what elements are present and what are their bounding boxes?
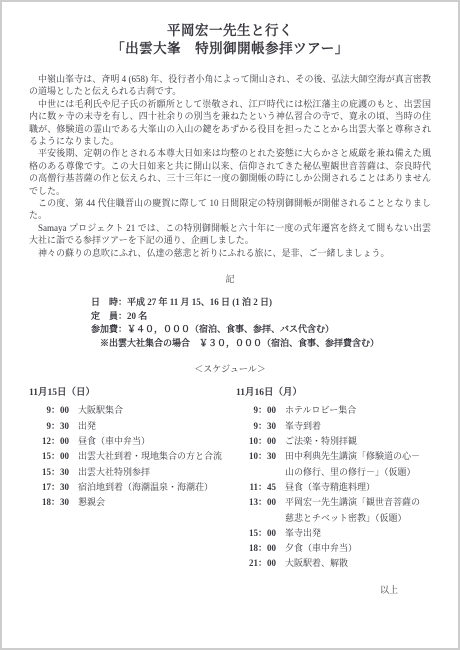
schedule-row: 9：30 出発 xyxy=(29,419,230,434)
detail-value: 平成 27 年 11 月 15、16 日 (1 泊 2 日) xyxy=(127,296,272,310)
schedule-row: 21：00 大阪駅着、解散 xyxy=(236,556,431,571)
title-line-1: 平岡宏一先生と行く xyxy=(29,22,431,40)
detail-row-datetime: 日 時： 平成 27 年 11 月 15、16 日 (1 泊 2 日) xyxy=(91,296,431,310)
record-heading: 記 xyxy=(29,273,431,285)
schedule-text: 昼食（峯寺精進料理） xyxy=(285,480,375,495)
schedule-time: 9：00 xyxy=(29,403,69,418)
detail-value: 20 名 xyxy=(127,310,147,324)
paragraph: 神々の蘇りの息吹にふれ、仏達の慈悲と祈りにふれる旅に、是非、ご一緒しましょう。 xyxy=(29,247,431,259)
schedule-time: 17：30 xyxy=(29,480,69,495)
paragraph: この度、第 44 代住職晋山の慶賀に際して 10 日間限定の特別御開帳が開催され… xyxy=(29,197,431,222)
schedule-row: 9：30 峯寺到着 xyxy=(236,419,431,434)
detail-value: ￥４０，０００（宿泊、食事、参拝、バス代含む） xyxy=(127,323,334,337)
schedule-text: 峯寺出発 xyxy=(285,526,321,541)
schedule-time: 9：30 xyxy=(236,419,276,434)
schedule-text: 昼食（車中弁当） xyxy=(78,434,150,449)
schedule-time: 12：00 xyxy=(29,434,69,449)
detail-note: ※出雲大社集合の場合 ￥３０，０００（宿泊、食事、参拝費含む） xyxy=(100,337,431,351)
paragraph: Samaya プロジェクト 21 では、この特別御開帳と六十年に一度の式年遷宮を… xyxy=(29,222,431,247)
schedule-text-continuation: 慈悲とチベット密教」（仮題） xyxy=(236,511,431,526)
tour-details: 日 時： 平成 27 年 11 月 15、16 日 (1 泊 2 日) 定 員：… xyxy=(91,296,431,350)
schedule-time: 15：00 xyxy=(29,449,69,464)
document-content: 平岡宏一先生と行く 「出雲大峯 特別御開帳参拝ツアー」 中嶺山峯寺は、斉明 4 … xyxy=(2,2,458,572)
schedule-text: 懇親会 xyxy=(78,495,105,510)
schedule-text: 平岡宏一先生講演「観世音菩薩の xyxy=(285,495,420,510)
schedule-row: 12：00 昼食（車中弁当） xyxy=(29,434,230,449)
schedule-text: 峯寺到着 xyxy=(285,419,321,434)
schedule-row: 18：30 懇親会 xyxy=(29,495,230,510)
schedule-row: 11：45 昼食（峯寺精進料理） xyxy=(236,480,431,495)
schedule-row: 10：00 ご法楽・特別拝観 xyxy=(236,434,431,449)
day2-date: 11月16日（月） xyxy=(236,386,431,400)
paragraph: 平安後期、定朝の作とされる本尊大日如来は均整のとれた姿態に大らかさと威厳を兼ね備… xyxy=(29,147,431,197)
closing-label: 以上 xyxy=(380,583,398,596)
schedule-text: 田中利典先生講演「修験道の心－ xyxy=(285,449,420,464)
document-page: 平岡宏一先生と行く 「出雲大峯 特別御開帳参拝ツアー」 中嶺山峯寺は、斉明 4 … xyxy=(0,0,460,650)
schedule-text: 出雲大社特別参拝 xyxy=(78,465,150,480)
schedule-text: 大阪駅集合 xyxy=(78,403,123,418)
schedule-time: 10：00 xyxy=(236,434,276,449)
schedule-time: 9：30 xyxy=(29,419,69,434)
schedule-text-continuation: 山の修行、里の修行－」（仮題） xyxy=(236,465,431,480)
detail-row-capacity: 定 員： 20 名 xyxy=(91,310,431,324)
schedule-row: 10：30 田中利典先生講演「修験道の心－ xyxy=(236,449,431,464)
schedule-row: 15：00 峯寺出発 xyxy=(236,526,431,541)
schedule-time: 11：45 xyxy=(236,480,276,495)
schedule-row: 15：30 出雲大社特別参拝 xyxy=(29,465,230,480)
document-title: 平岡宏一先生と行く 「出雲大峯 特別御開帳参拝ツアー」 xyxy=(29,22,431,58)
schedule-time: 10：30 xyxy=(236,449,276,464)
schedule-row: 18：00 夕食（車中弁当） xyxy=(236,541,431,556)
schedule-time: 18：00 xyxy=(236,541,276,556)
schedule-time: 21：00 xyxy=(236,556,276,571)
schedule: 11月15日（日） 9：00 大阪駅集合 9：30 出発 12：00 昼食（車中… xyxy=(29,386,431,571)
schedule-day1-column: 11月15日（日） 9：00 大阪駅集合 9：30 出発 12：00 昼食（車中… xyxy=(29,386,230,571)
schedule-row: 13：00 平岡宏一先生講演「観世音菩薩の xyxy=(236,495,431,510)
schedule-text: 出発 xyxy=(78,419,96,434)
schedule-text: 大阪駅着、解散 xyxy=(285,556,348,571)
schedule-text: 夕食（車中弁当） xyxy=(285,541,357,556)
intro-paragraphs: 中嶺山峯寺は、斉明 4 (658) 年、役行者小角によって開山され、その後、弘法… xyxy=(29,73,431,259)
schedule-row: 9：00 大阪駅集合 xyxy=(29,403,230,418)
detail-label: 参加費： xyxy=(91,323,127,337)
day1-date: 11月15日（日） xyxy=(29,386,230,400)
title-line-2: 「出雲大峯 特別御開帳参拝ツアー」 xyxy=(29,40,431,58)
schedule-text: 出雲大社到着・現地集合の方と合流 xyxy=(78,449,222,464)
schedule-row: 17：30 宿泊地到着（海潮温泉・海潮荘） xyxy=(29,480,230,495)
paragraph: 中嶺山峯寺は、斉明 4 (658) 年、役行者小角によって開山され、その後、弘法… xyxy=(29,73,431,98)
schedule-time: 15：00 xyxy=(236,526,276,541)
schedule-heading: ＜スケジュール＞ xyxy=(29,363,431,375)
schedule-row: 9：00 ホテルロビー集合 xyxy=(236,403,431,418)
paragraph: 中世には毛利氏や尼子氏の祈願所として崇敬され、江戸時代には松江藩主の庇護のもと、… xyxy=(29,98,431,148)
detail-label: 定 員： xyxy=(91,310,127,324)
detail-label: 日 時： xyxy=(91,296,127,310)
schedule-time: 18：30 xyxy=(29,495,69,510)
schedule-time: 13：00 xyxy=(236,495,276,510)
schedule-day2-column: 11月16日（月） 9：00 ホテルロビー集合 9：30 峯寺到着 10：00 … xyxy=(230,386,431,571)
schedule-time: 15：30 xyxy=(29,465,69,480)
schedule-text: ご法楽・特別拝観 xyxy=(285,434,357,449)
schedule-row: 15：00 出雲大社到着・現地集合の方と合流 xyxy=(29,449,230,464)
schedule-text: 宿泊地到着（海潮温泉・海潮荘） xyxy=(78,480,213,495)
detail-row-fee: 参加費： ￥４０，０００（宿泊、食事、参拝、バス代含む） xyxy=(91,323,431,337)
schedule-time: 9：00 xyxy=(236,403,276,418)
schedule-text: ホテルロビー集合 xyxy=(285,403,356,418)
